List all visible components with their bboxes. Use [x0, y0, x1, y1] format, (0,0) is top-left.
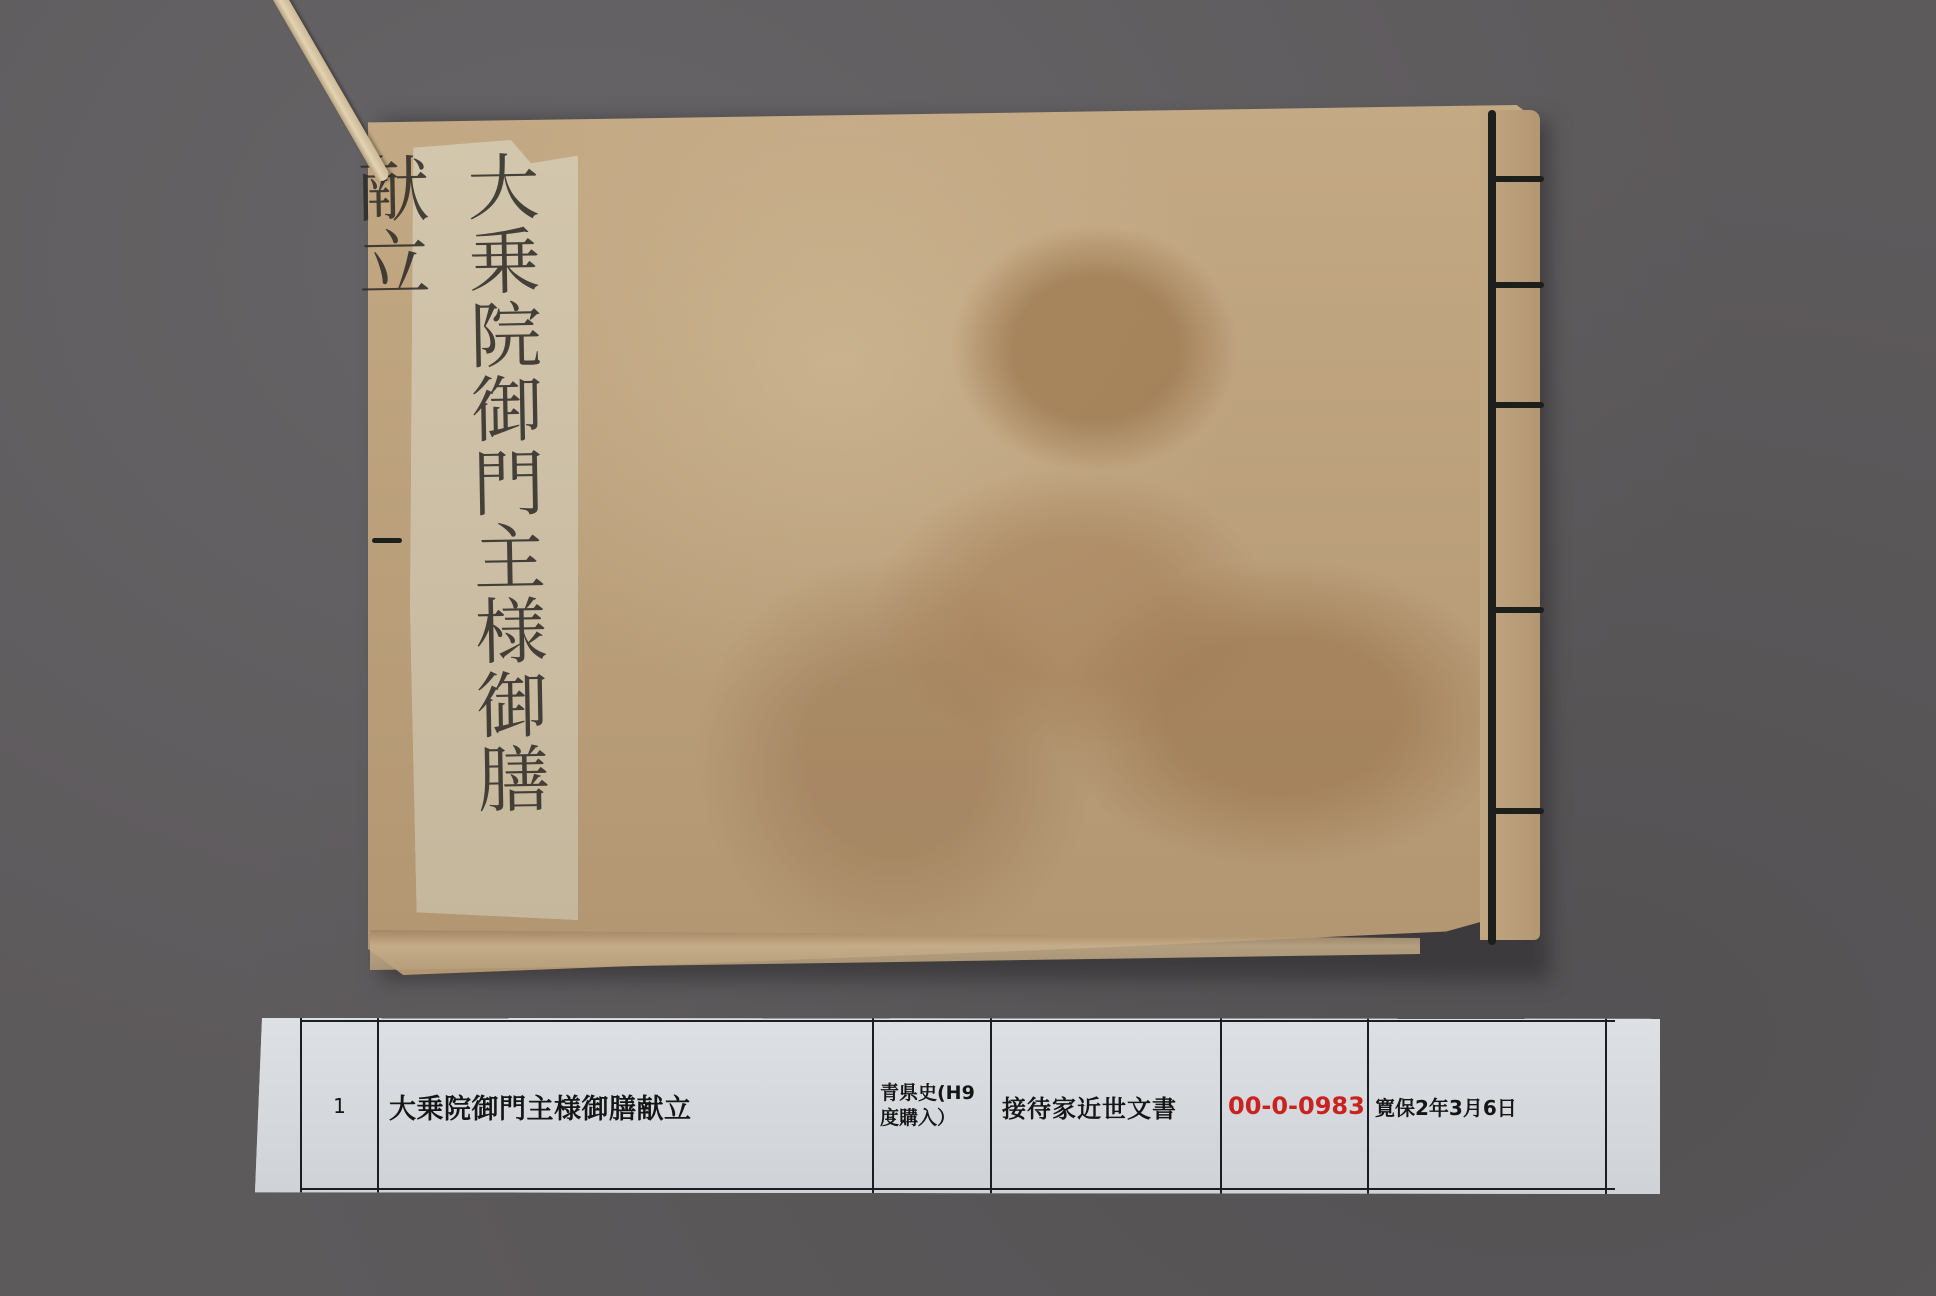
label-collection-cell: 接待家近世文書 — [990, 1018, 1220, 1194]
item-title: 大乗院御門主様御膳献立 — [389, 1087, 692, 1126]
document-date: 寛保2年3月6日 — [1375, 1092, 1517, 1121]
label-number-cell: 1 — [300, 1018, 377, 1194]
binding-stitch — [1488, 282, 1544, 288]
source-line-2: 度購入） — [880, 1106, 975, 1131]
label-title-cell: 大乗院御門主様御膳献立 — [377, 1018, 872, 1194]
item-number: 1 — [333, 1094, 346, 1118]
label-source-cell: 青県史(H9 度購入） — [872, 1018, 990, 1194]
binding-stitch — [1488, 176, 1544, 182]
binding-stitch — [1488, 607, 1544, 613]
catalog-id: 00-0-0983 — [1228, 1092, 1365, 1120]
label-id-cell: 00-0-0983 — [1220, 1018, 1367, 1194]
left-edge-stitch — [372, 538, 402, 543]
binding-thread — [1488, 110, 1496, 945]
label-date-cell: 寛保2年3月6日 — [1367, 1018, 1607, 1194]
binding-stitch — [1488, 808, 1544, 814]
collection-name: 接待家近世文書 — [1002, 1089, 1177, 1124]
title-slip-calligraphy: 大乗院御門主様御膳献立 — [432, 149, 565, 871]
bamboo-pointer-stick — [269, 0, 391, 184]
catalog-label: 1 大乗院御門主様御膳献立 青県史(H9 度購入） 接待家近世文書 00-0-0… — [255, 1018, 1660, 1194]
source-line-1: 青県史(H9 — [880, 1081, 975, 1106]
binding-stitch — [1488, 402, 1544, 408]
